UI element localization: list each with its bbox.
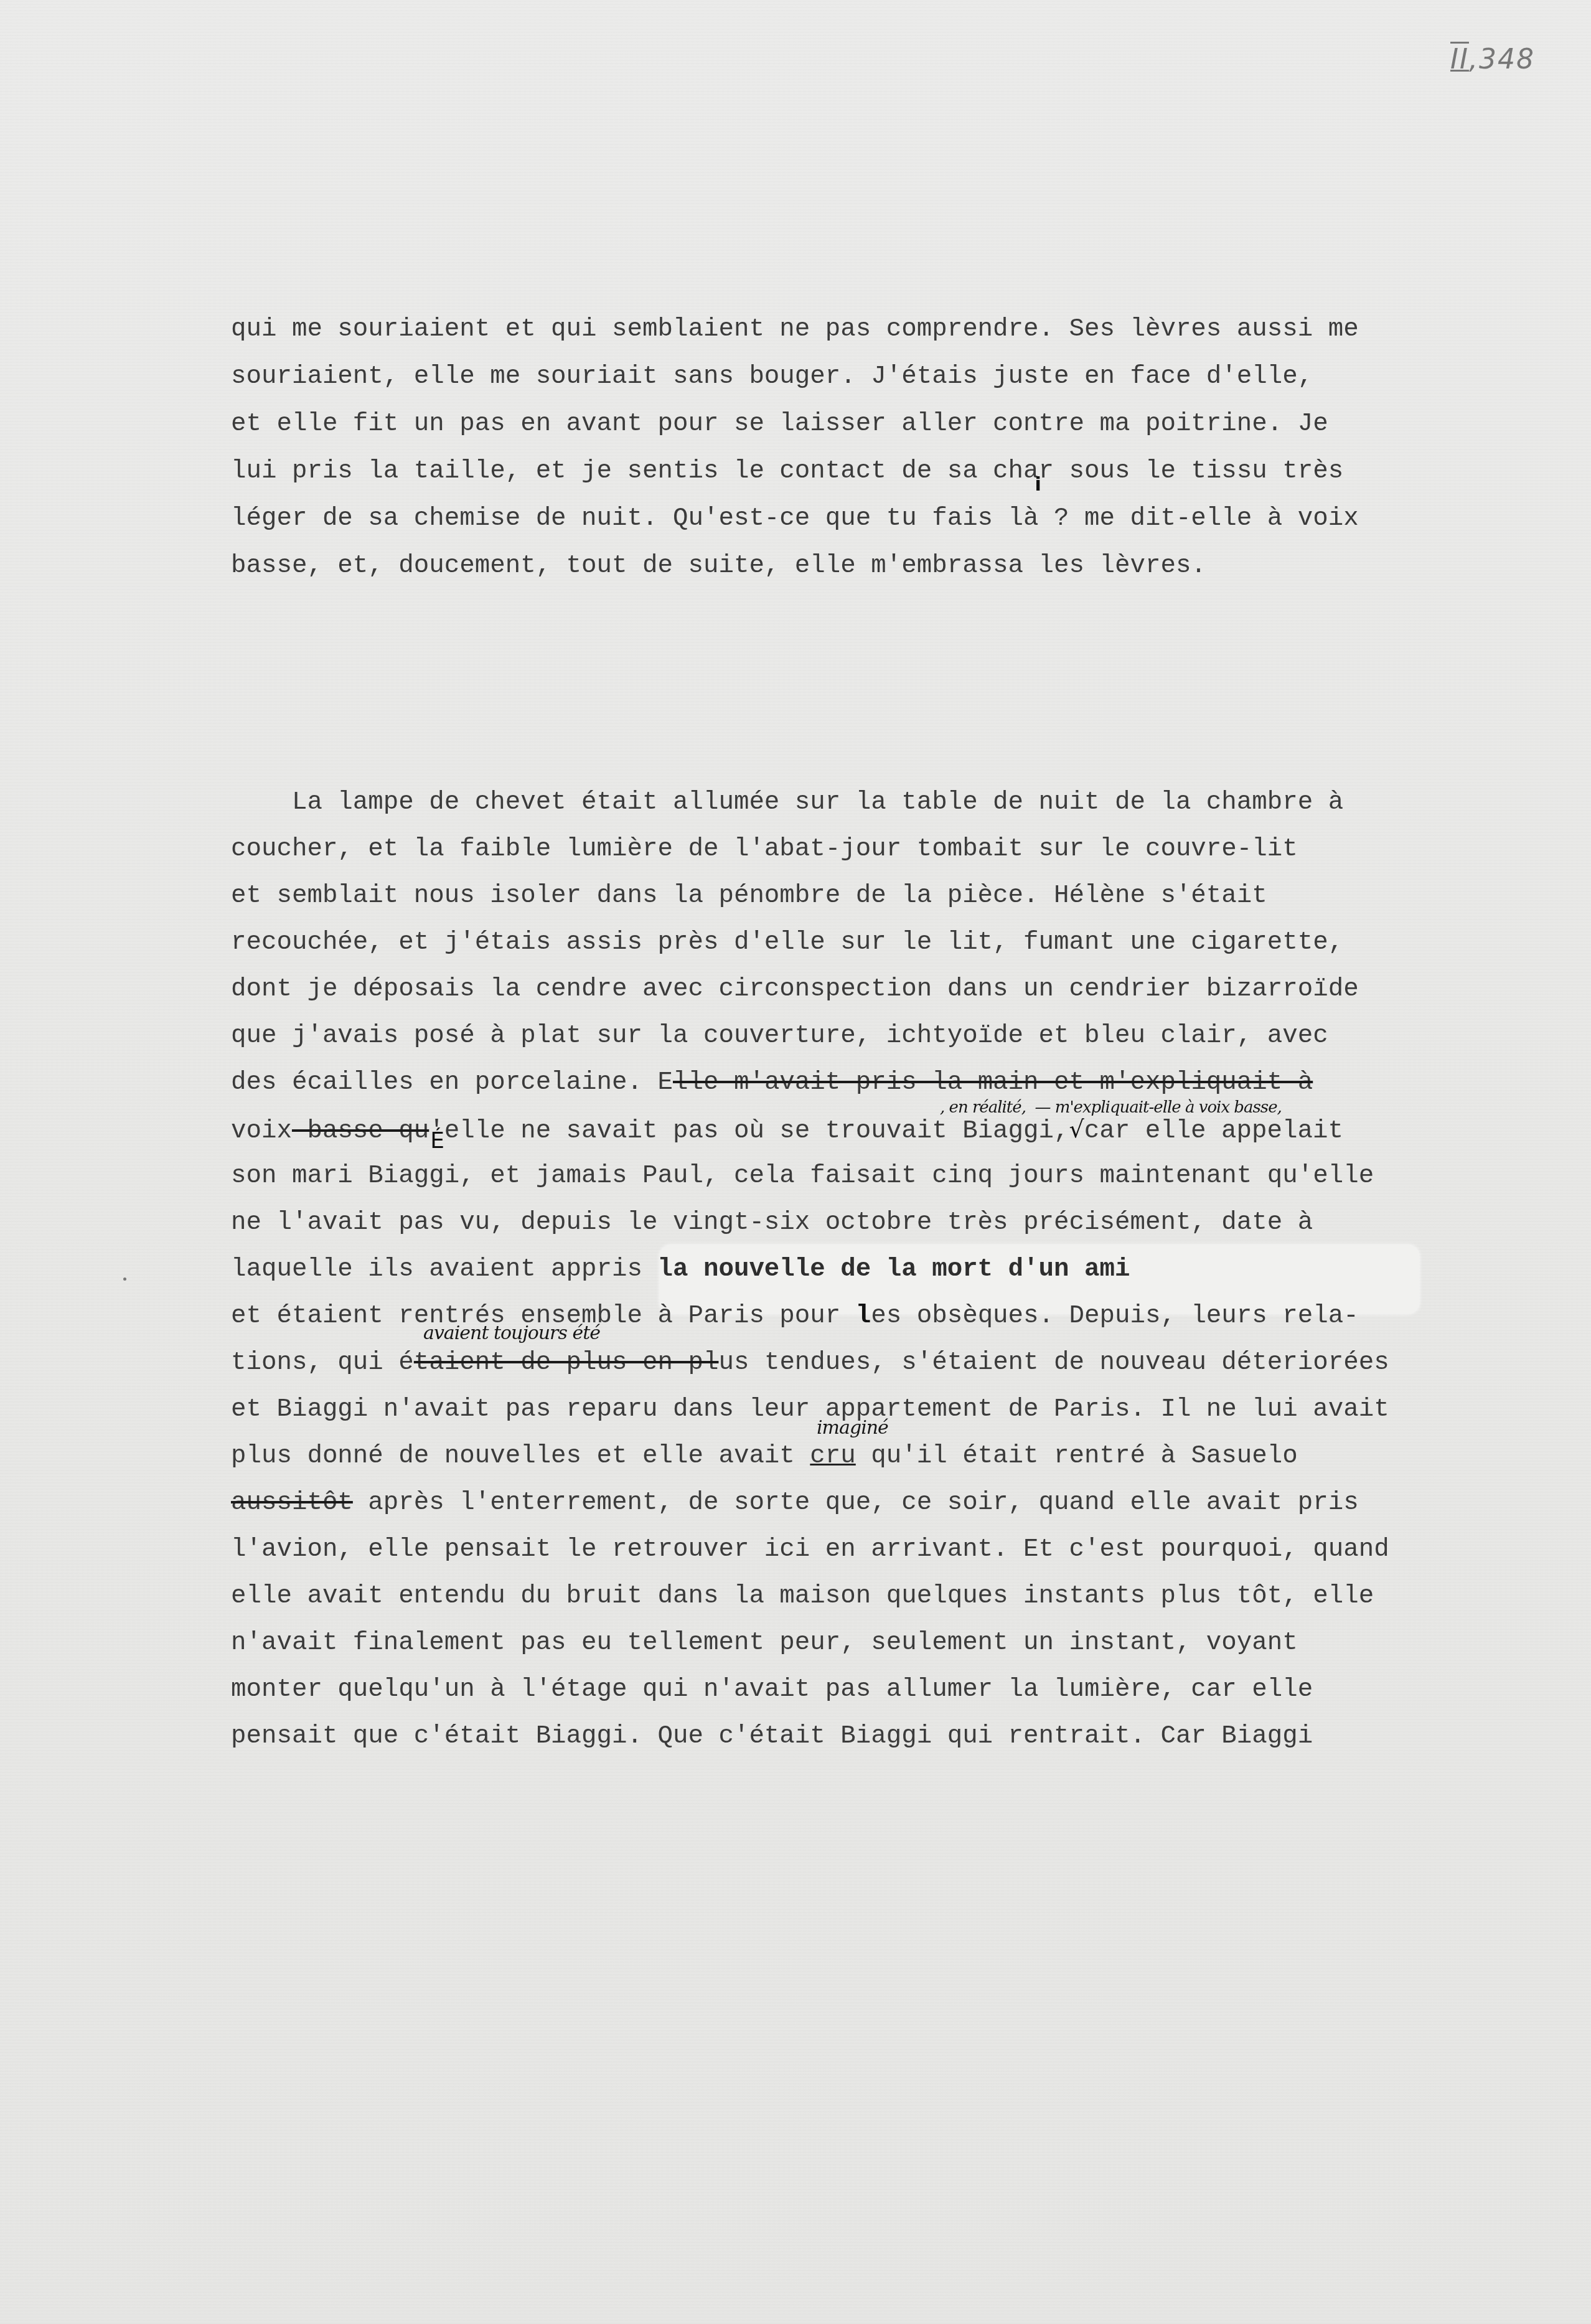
p2-line-13: tions, qui étaient de plus en plus tendu… [231, 1348, 1389, 1378]
folio-number: II,348 [1450, 44, 1535, 75]
p2-line-10: ne l'avait pas vu, depuis le vingt-six o… [231, 1208, 1313, 1238]
p2-line-15-after: qu'il était rentré à Sasuelo [856, 1442, 1298, 1470]
p2-line-9: son mari Biaggi, et jamais Paul, cela fa… [231, 1161, 1374, 1191]
folio-roman: II [1450, 44, 1469, 75]
p2-line-1: La lampe de chevet était allumée sur la … [231, 788, 1343, 817]
p2-line-8: voix basse quÉ'elle ne savait pas où se … [231, 1114, 1343, 1146]
p2-line-15-before: plus donné de nouvelles et elle avait [231, 1442, 810, 1470]
p1-line-4-before: lui pris la taille, et je sentis le cont… [231, 457, 1039, 486]
p2-line-16: aussitôt après l'enterrement, de sorte q… [231, 1488, 1359, 1518]
struck-text: basse qu [292, 1117, 429, 1146]
p2-line-13-before: tions, qui é [231, 1348, 414, 1377]
p2-line-2: coucher, et la faible lumière de l'abat-… [231, 834, 1298, 864]
p2-line-12: et étaient rentrés ensemble à Paris pour… [231, 1301, 1359, 1331]
struck-text: aussitôt [231, 1489, 353, 1517]
p2-line-19: n'avait finalement pas eu tellement peur… [231, 1628, 1298, 1658]
manuscript-page: II,348 qui me souriaient et qui semblaie… [0, 0, 1591, 2324]
p2-line-11-text: laquelle ils avaient appris [231, 1255, 658, 1284]
struck-text: taient de plus en pl [414, 1348, 719, 1377]
p2-line-8-rest: car elle appelait [1084, 1117, 1343, 1146]
handwritten-annotation: imaginé [817, 1417, 888, 1439]
p2-line-7-text: des écailles en porcelaine. E [231, 1068, 673, 1097]
p1-line-3: et elle fit un pas en avant pour se lais… [231, 409, 1328, 439]
p2-line-7: des écailles en porcelaine. Elle m'avait… [231, 1068, 1313, 1098]
pasted-text: la nouvelle de la mort d'un ami [658, 1255, 1130, 1284]
p2-line-4: recouchée, et j'étais assis près d'elle … [231, 928, 1343, 957]
margin-speck [123, 1277, 126, 1281]
p2-line-13-after: us tendues, s'étaient de nouveau déterio… [718, 1348, 1389, 1377]
struck-text: lle m'avait pris la main et m'expliquait… [673, 1068, 1313, 1097]
p2-line-17: l'avion, elle pensait le retrouver ici e… [231, 1535, 1389, 1564]
p1-line-4: lui pris la taille, et je sentis le cont… [231, 456, 1343, 486]
p2-line-14: et Biaggi n'avait pas reparu dans leur a… [231, 1395, 1389, 1424]
folio-sep: , [1469, 44, 1479, 75]
corrected-letter: l [856, 1302, 871, 1330]
p2-line-8-text: voix [231, 1117, 292, 1146]
folio-page-number: 348 [1479, 44, 1535, 75]
p1-line-6: basse, et, doucement, tout de suite, ell… [231, 551, 1206, 581]
p1-line-4-after: r sous le tissu très [1039, 457, 1344, 486]
p2-line-3: et semblait nous isoler dans la pénombre… [231, 881, 1267, 911]
p2-line-5: dont je déposais la cendre avec circonsp… [231, 974, 1359, 1004]
p2-line-20: monter quelqu'un à l'étage qui n'avait p… [231, 1675, 1313, 1705]
p1-line-1: qui me souriaient et qui semblaient ne p… [231, 314, 1359, 344]
replaced-text: cru [810, 1442, 855, 1470]
p2-line-18: elle avait entendu du bruit dans la mais… [231, 1581, 1374, 1611]
p1-line-2: souriaient, elle me souriait sans bouger… [231, 362, 1313, 392]
p2-line-11: laquelle ils avaient appris la nouvelle … [231, 1254, 1130, 1284]
p2-line-12-after: es obsèques. Depuis, leurs rela- [871, 1302, 1358, 1330]
p1-line-5: léger de sa chemise de nuit. Qu'est-ce q… [231, 504, 1359, 534]
p2-line-8-text-after: 'elle ne savait pas où se trouvait Biagg… [429, 1117, 1069, 1146]
p2-line-6: que j'avais posé à plat sur la couvertur… [231, 1021, 1328, 1051]
p2-line-21: pensait que c'était Biaggi. Que c'était … [231, 1721, 1313, 1751]
insertion-caret-icon: √ [1069, 1116, 1084, 1143]
handwritten-annotation: avaient toujours été [423, 1322, 600, 1344]
p2-line-16-after: après l'enterrement, de sorte que, ce so… [353, 1489, 1359, 1517]
p2-line-15: plus donné de nouvelles et elle avait cr… [231, 1441, 1298, 1471]
